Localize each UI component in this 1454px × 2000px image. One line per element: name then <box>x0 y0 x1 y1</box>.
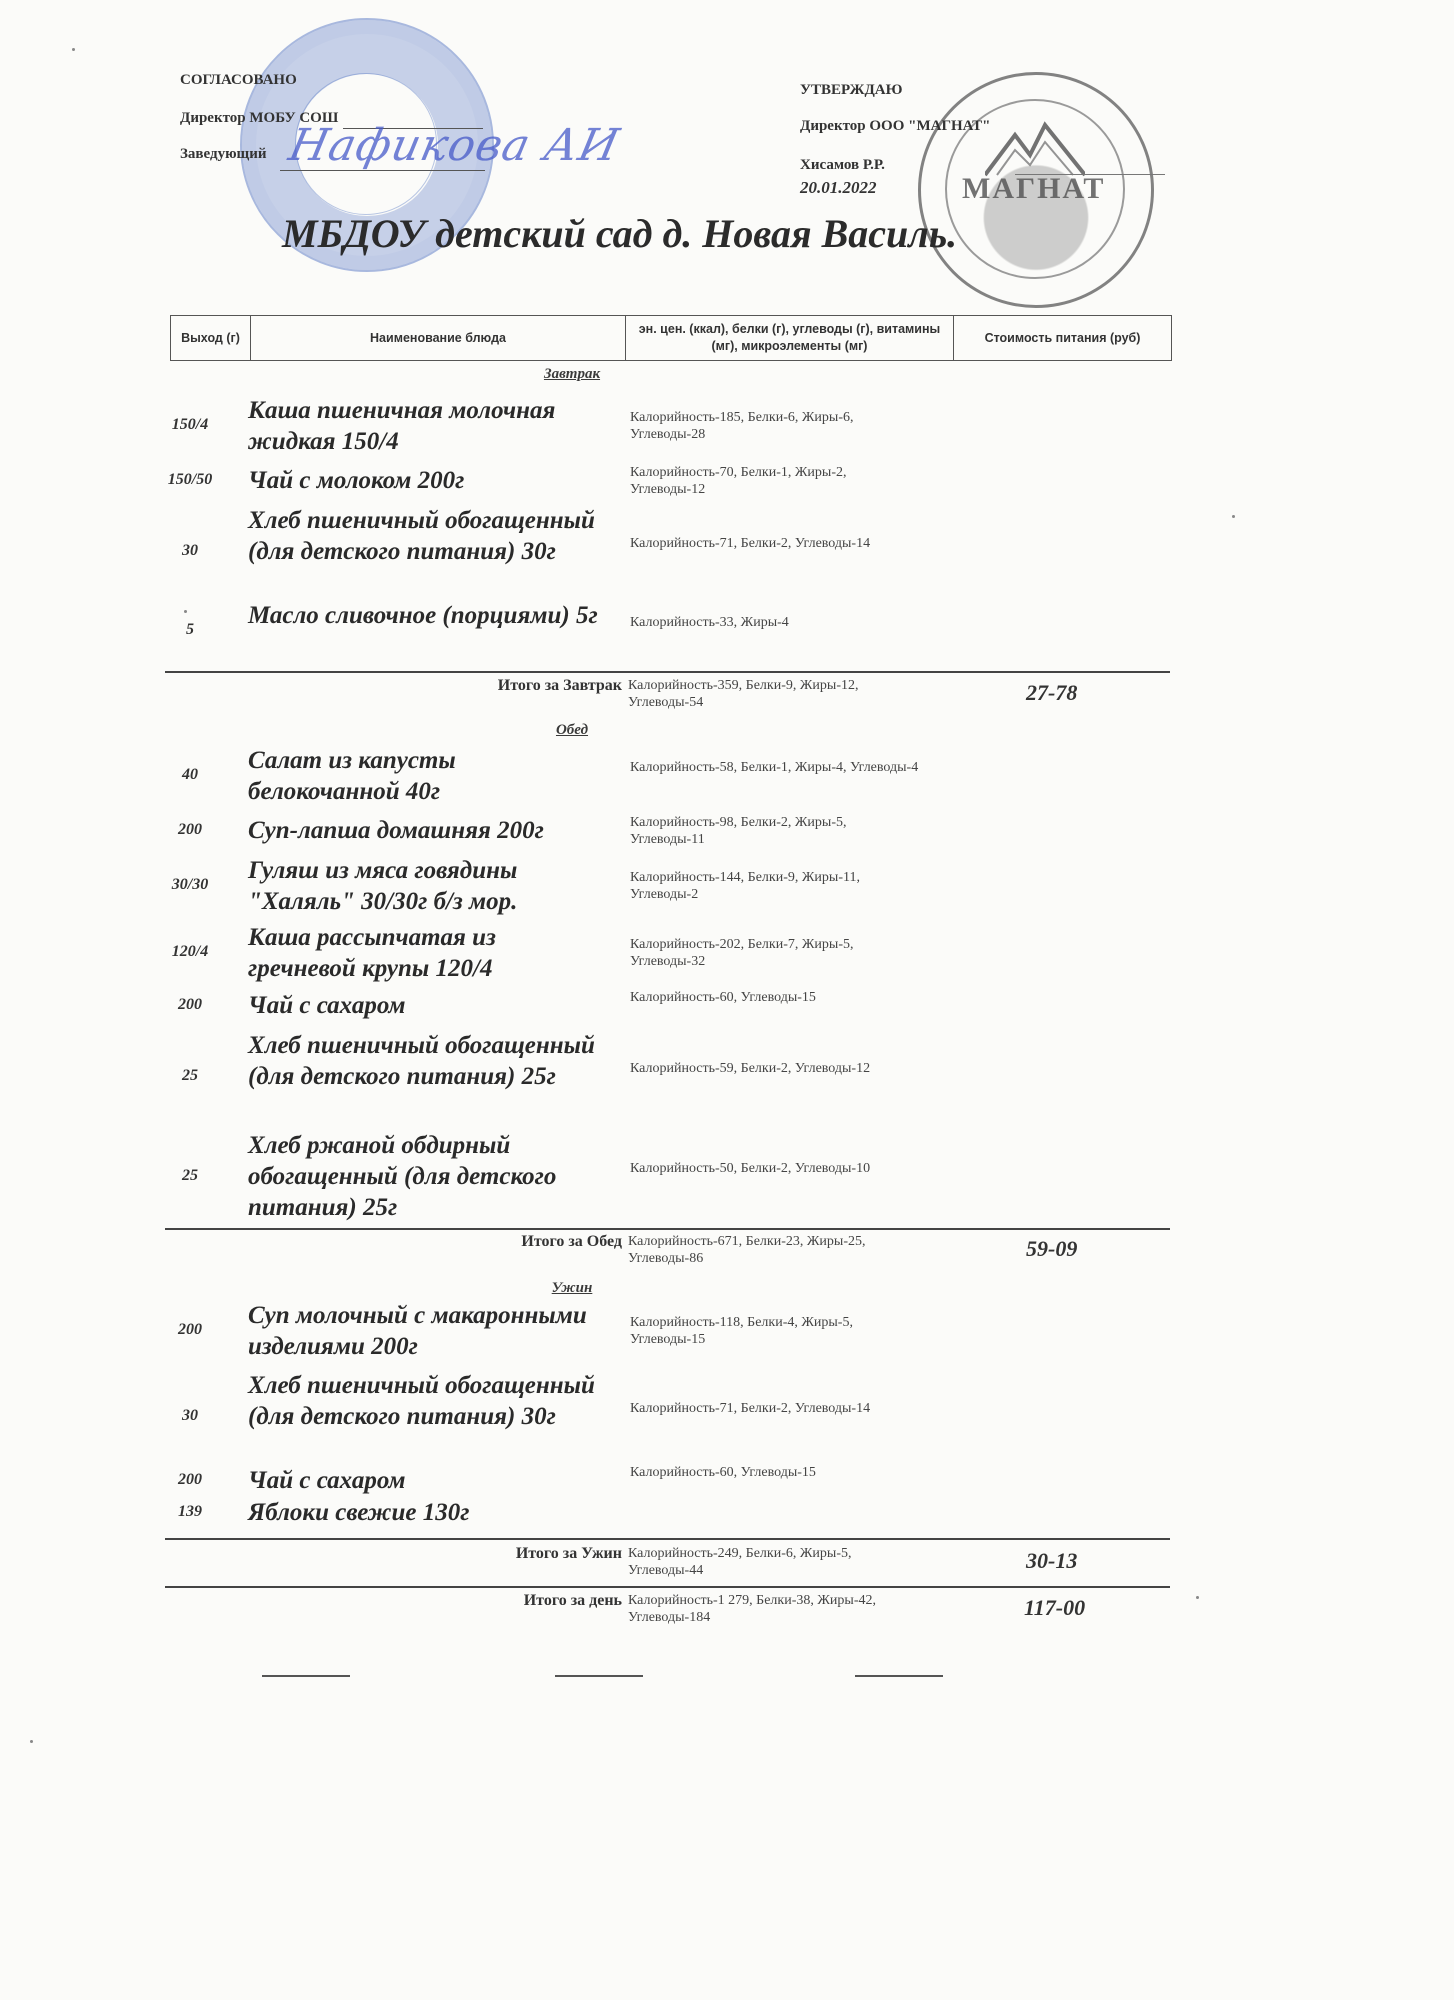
menu-item-row: 25Хлеб пшеничный обогащенный (для детско… <box>160 1030 1180 1123</box>
menu-item-row: 150/4Каша пшеничная молочная жидкая 150/… <box>160 395 1180 457</box>
item-nutrition: Калорийность-202, Белки-7, Жиры-5, Углев… <box>630 936 920 970</box>
item-nutrition: Калорийность-118, Белки-4, Жиры-5, Углев… <box>630 1314 920 1348</box>
day-total-cost: 117-00 <box>1024 1595 1085 1621</box>
item-qty: 200 <box>160 1321 220 1339</box>
item-qty: 5 <box>160 621 220 639</box>
item-qty: 40 <box>160 766 220 784</box>
item-nutrition: Калорийность-60, Углеводы-15 <box>630 989 920 1006</box>
approval-left-line2: Заведующий <box>180 146 266 163</box>
handwritten-signature: Нафикова АИ <box>285 120 625 171</box>
item-dish-name: Гуляш из мяса говядины "Халяль" 30/30г б… <box>248 855 608 917</box>
item-nutrition: Калорийность-98, Белки-2, Жиры-5, Углево… <box>630 814 920 848</box>
item-dish-name: Чай с сахаром <box>248 1465 668 1496</box>
menu-item-row: 5Масло сливочное (порциями) 5гКалорийнос… <box>160 600 1180 662</box>
section-total-cost: 30-13 <box>1026 1548 1077 1574</box>
section-total-cost: 27-78 <box>1026 680 1077 706</box>
item-qty: 150/50 <box>160 471 220 489</box>
item-dish-name: Салат из капусты белокочанной 40г <box>248 745 608 807</box>
menu-item-row: 30/30Гуляш из мяса говядины "Халяль" 30/… <box>160 855 1180 917</box>
day-total-divider <box>165 1586 1170 1588</box>
item-dish-name: Хлеб пшеничный обогащенный (для детского… <box>248 505 608 567</box>
item-nutrition: Калорийность-144, Белки-9, Жиры-11, Угле… <box>630 869 920 903</box>
approval-left-heading: СОГЛАСОВАНО <box>180 72 297 89</box>
menu-item-row: 30Хлеб пшеничный обогащенный (для детско… <box>160 1370 1180 1463</box>
item-qty: 150/4 <box>160 416 220 434</box>
item-qty: 200 <box>160 1471 220 1489</box>
item-dish-name: Чай с молоком 200г <box>248 465 668 496</box>
item-qty: 120/4 <box>160 943 220 961</box>
section-total-label: Итого за Обед <box>521 1233 622 1251</box>
section-total-nutrition: Калорийность-359, Белки-9, Жиры-12, Угле… <box>628 677 918 711</box>
approval-right-heading: УТВЕРЖДАЮ <box>800 82 903 99</box>
section-heading: Ужин <box>552 1280 593 1297</box>
table-header: Выход (г) Наименование блюда эн. цен. (к… <box>170 315 1172 361</box>
item-qty: 30 <box>160 542 220 560</box>
item-dish-name: Суп молочный с макаронными изделиями 200… <box>248 1300 608 1362</box>
day-total-label: Итого за день <box>524 1592 622 1610</box>
item-dish-name: Масло сливочное (порциями) 5г <box>248 600 608 631</box>
item-nutrition: Калорийность-71, Белки-2, Углеводы-14 <box>630 535 920 552</box>
item-nutrition: Калорийность-60, Углеводы-15 <box>630 1464 920 1481</box>
item-dish-name: Суп-лапша домашняя 200г <box>248 815 668 846</box>
approval-right-line1: Директор ООО "МАГНАТ" <box>800 118 991 135</box>
item-dish-name: Хлеб пшеничный обогащенный (для детского… <box>248 1370 608 1432</box>
footer-line-2 <box>555 1675 643 1677</box>
item-dish-name: Яблоки свежие 130г <box>248 1497 668 1528</box>
stamp-company-name: МАГНАТ <box>962 172 1105 206</box>
section-total-cost: 59-09 <box>1026 1236 1077 1262</box>
section-heading: Завтрак <box>544 366 600 383</box>
menu-item-row: 200Чай с сахаромКалорийность-60, Углевод… <box>160 990 1180 1021</box>
footer-line-1 <box>262 1675 350 1677</box>
item-nutrition: Калорийность-58, Белки-1, Жиры-4, Углево… <box>630 759 920 776</box>
col-header-qty: Выход (г) <box>171 316 251 360</box>
item-dish-name: Хлеб ржаной обдирный обогащенный (для де… <box>248 1130 608 1223</box>
item-qty: 30 <box>160 1407 220 1425</box>
item-qty: 25 <box>160 1067 220 1085</box>
menu-item-row: 120/4Каша рассыпчатая из гречневой крупы… <box>160 922 1180 984</box>
page-title: МБДОУ детский сад д. Новая Василь. <box>282 210 957 257</box>
menu-item-row: 150/50Чай с молоком 200гКалорийность-70,… <box>160 465 1180 496</box>
mountain-logo-icon <box>985 120 1085 180</box>
approval-date: 20.01.2022 <box>800 178 877 198</box>
item-nutrition: Калорийность-185, Белки-6, Жиры-6, Углев… <box>630 409 920 443</box>
day-total-nutrition: Калорийность-1 279, Белки-38, Жиры-42, У… <box>628 1592 928 1626</box>
scan-speck <box>30 1740 33 1743</box>
menu-item-row: 40Салат из капусты белокочанной 40гКалор… <box>160 745 1180 807</box>
item-nutrition: Калорийность-70, Белки-1, Жиры-2, Углево… <box>630 464 920 498</box>
item-qty: 30/30 <box>160 876 220 894</box>
menu-item-row: 200Суп молочный с макаронными изделиями … <box>160 1300 1180 1362</box>
section-total-nutrition: Калорийность-671, Белки-23, Жиры-25, Угл… <box>628 1233 918 1267</box>
section-divider <box>165 671 1170 673</box>
item-nutrition: Калорийность-71, Белки-2, Углеводы-14 <box>630 1400 920 1417</box>
item-dish-name: Каша пшеничная молочная жидкая 150/4 <box>248 395 608 457</box>
item-qty: 25 <box>160 1167 220 1185</box>
scan-speck <box>1196 1596 1199 1599</box>
section-heading: Обед <box>556 722 588 739</box>
scan-speck <box>72 48 75 51</box>
item-dish-name: Хлеб пшеничный обогащенный (для детского… <box>248 1030 608 1092</box>
item-dish-name: Чай с сахаром <box>248 990 668 1021</box>
col-header-name: Наименование блюда <box>251 316 626 360</box>
item-qty: 200 <box>160 996 220 1014</box>
stamp-signature-stroke <box>1015 174 1165 175</box>
menu-item-row: 25Хлеб ржаной обдирный обогащенный (для … <box>160 1130 1180 1223</box>
col-header-cost: Стоимость питания (руб) <box>954 316 1171 360</box>
item-dish-name: Каша рассыпчатая из гречневой крупы 120/… <box>248 922 608 984</box>
section-divider <box>165 1228 1170 1230</box>
item-nutrition: Калорийность-33, Жиры-4 <box>630 614 920 631</box>
section-total-label: Итого за Ужин <box>516 1545 622 1563</box>
approval-right-line2: Хисамов Р.Р. <box>800 157 885 174</box>
section-total-nutrition: Калорийность-249, Белки-6, Жиры-5, Углев… <box>628 1545 918 1579</box>
item-qty: 200 <box>160 821 220 839</box>
menu-item-row: 30Хлеб пшеничный обогащенный (для детско… <box>160 505 1180 598</box>
item-nutrition: Калорийность-59, Белки-2, Углеводы-12 <box>630 1060 920 1077</box>
menu-item-row: 200Суп-лапша домашняя 200гКалорийность-9… <box>160 815 1180 846</box>
section-total-label: Итого за Завтрак <box>498 677 622 695</box>
item-nutrition: Калорийность-50, Белки-2, Углеводы-10 <box>630 1160 920 1177</box>
menu-item-row: 200Чай с сахаромКалорийность-60, Углевод… <box>160 1465 1180 1496</box>
menu-item-row: 139Яблоки свежие 130г <box>160 1497 1180 1528</box>
section-divider <box>165 1538 1170 1540</box>
col-header-nutrition: эн. цен. (ккал), белки (г), углеводы (г)… <box>626 316 954 360</box>
footer-line-3 <box>855 1675 943 1677</box>
item-qty: 139 <box>160 1503 220 1521</box>
scan-speck <box>184 610 187 613</box>
scan-speck <box>1232 515 1235 518</box>
